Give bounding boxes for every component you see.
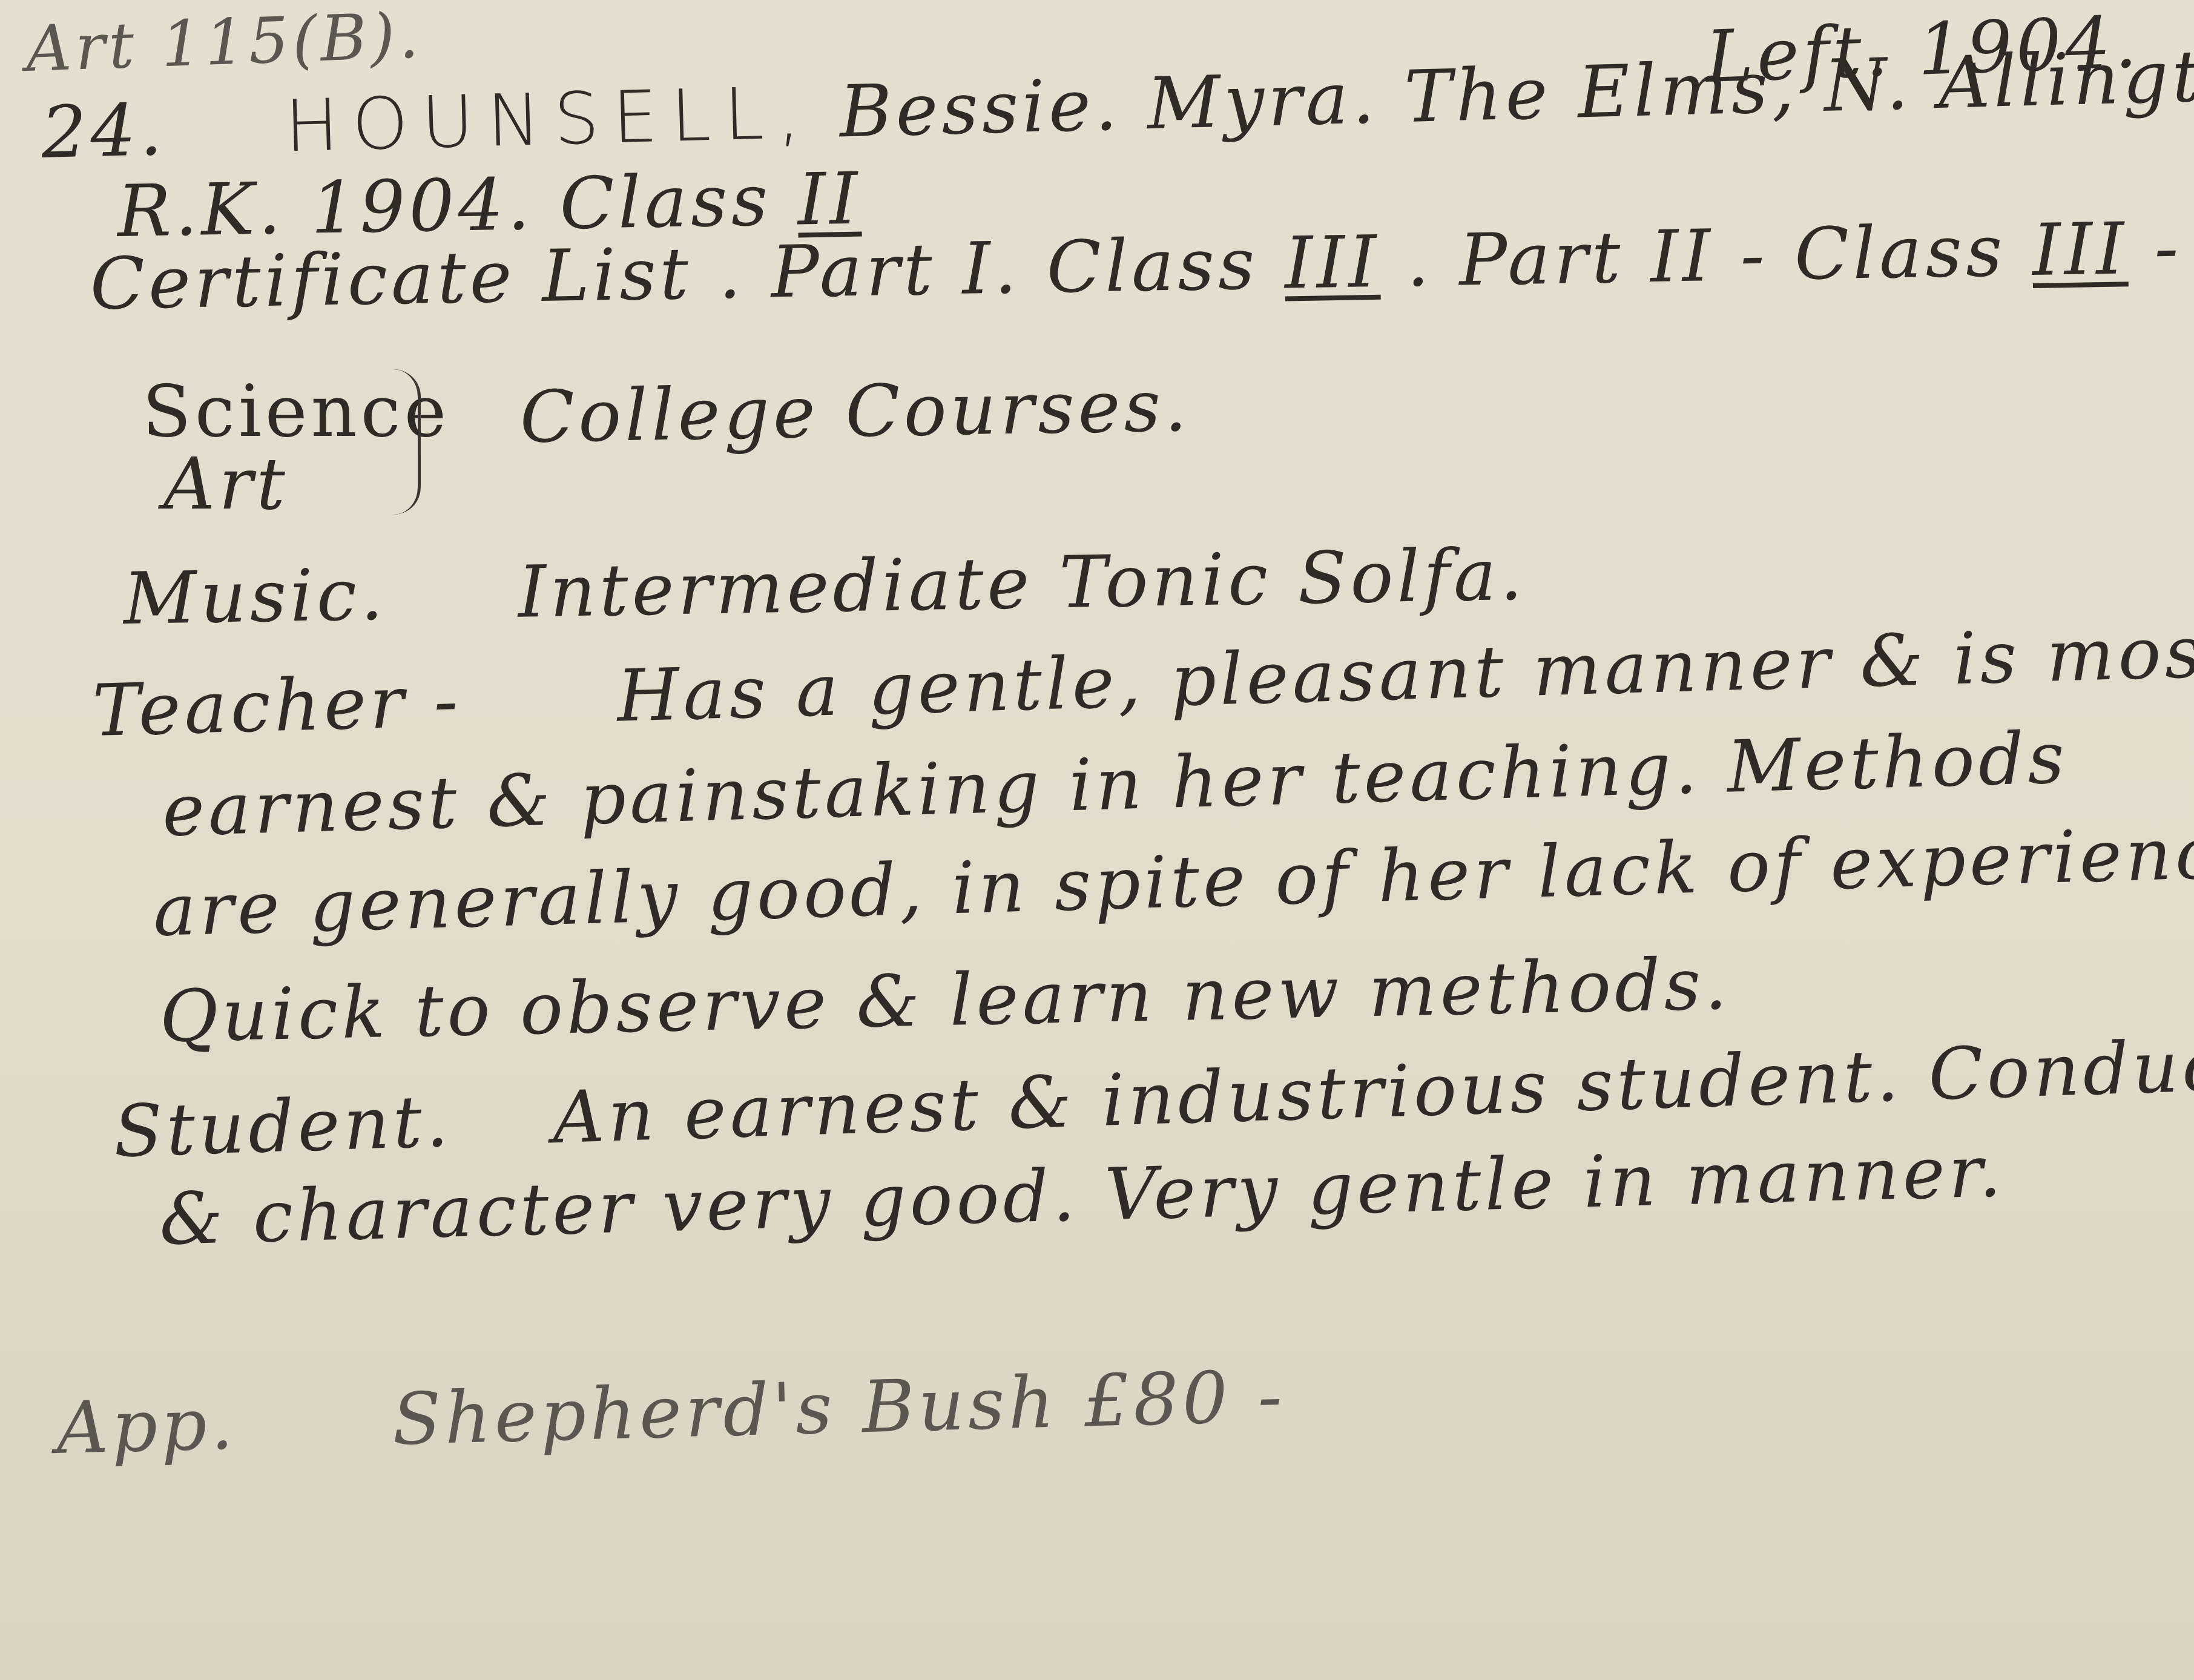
part1-class: III [1284,220,1381,305]
reference-number: Art 115(B). [25,0,424,86]
music-label: Music. [123,552,387,641]
teacher-label: Teacher - [91,659,463,753]
subject-art: Art [163,442,289,525]
certificate-suffix: - [2153,206,2182,290]
record-card: Art 115(B). Left. 1904. 24. HOUNSELL, Be… [0,0,2194,1680]
appointment-line: App. Shepherd's Bush £80 - [55,1354,1286,1470]
music-line: Music. Intermediate Tonic Solfa. [123,533,1527,641]
part2-label: . Part II - Class [1406,209,2007,303]
entry-number: 24. [40,88,166,174]
college-courses-label: College Courses. [519,364,1191,459]
music-value: Intermediate Tonic Solfa. [517,533,1527,634]
appointment-value: Shepherd's Bush £80 - [391,1354,1286,1461]
teacher-comment-4: Quick to observe & learn new methods. [159,942,1731,1058]
appointment-label: App. [55,1382,237,1470]
part2-class: III [2032,206,2129,292]
student-label: Student. [113,1079,453,1173]
surname: HOUNSELL, [284,71,814,168]
part1-label: . Part I. Class [717,222,1259,315]
given-names: Bessie. Myra. [838,56,1379,153]
certificate-list-label: Certificate List [90,232,693,326]
brace-bracket [394,369,421,515]
